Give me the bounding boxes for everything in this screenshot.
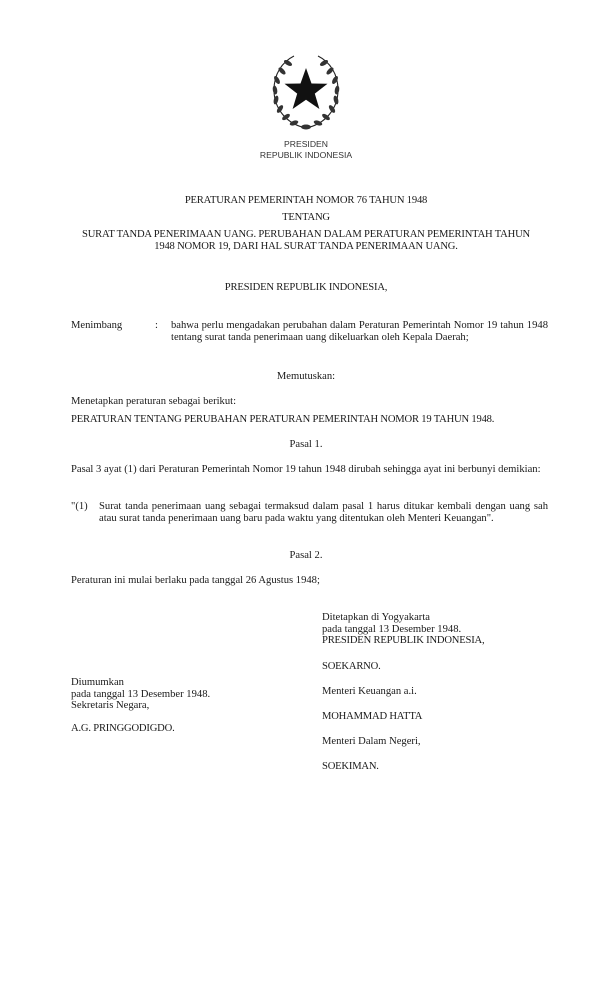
promulgation-block: Diumumkan pada tanggal 13 Desember 1948.…	[71, 677, 210, 712]
enactment-date: pada tanggal 13 Desember 1948.	[322, 624, 484, 636]
article-1-clause-text: Surat tanda penerimaan uang sebagai term…	[99, 501, 548, 524]
article-1-text: Pasal 3 ayat (1) dari Peraturan Pemerint…	[71, 464, 548, 476]
decides-heading: Memutuskan:	[0, 371, 612, 383]
promulgation-label: Diumumkan	[71, 677, 210, 689]
considering-colon: :	[155, 320, 158, 332]
considering-text: bahwa perlu mengadakan perubahan dalam P…	[171, 320, 548, 343]
regulation-subject-line-1: SURAT TANDA PENERIMAAN UANG. PERUBAHAN D…	[0, 229, 612, 241]
minister-interior-title: Menteri Dalam Negeri,	[322, 736, 421, 748]
article-1-clause-number: "(1)	[71, 501, 88, 513]
letterhead-caption-republic: REPUBLIK INDONESIA	[0, 150, 612, 161]
enacting-intro: Menetapkan peraturan sebagai berikut:	[71, 396, 236, 408]
presidential-emblem-icon	[268, 50, 344, 134]
regulation-subject-line-2: 1948 NOMOR 19, DARI HAL SURAT TANDA PENE…	[0, 241, 612, 253]
enactment-block: Ditetapkan di Yogyakarta pada tanggal 13…	[322, 612, 484, 647]
promulgation-signatory: A.G. PRINGGODIGDO.	[71, 723, 175, 735]
minister-interior-name: SOEKIMAN.	[322, 761, 379, 773]
letterhead-caption-president: PRESIDEN	[0, 139, 612, 150]
enactment-signatory: SOEKARNO.	[322, 661, 381, 673]
minister-finance-name: MOHAMMAD HATTA	[322, 711, 422, 723]
article-1-heading: Pasal 1.	[0, 439, 612, 451]
issuer-heading: PRESIDEN REPUBLIK INDONESIA,	[0, 282, 612, 294]
considering-label: Menimbang	[71, 320, 122, 332]
minister-finance-title: Menteri Keuangan a.i.	[322, 686, 417, 698]
article-2-text: Peraturan ini mulai berlaku pada tanggal…	[71, 575, 320, 587]
regulation-title: PERATURAN PEMERINTAH NOMOR 76 TAHUN 1948	[0, 195, 612, 207]
enacting-title: PERATURAN TENTANG PERUBAHAN PERATURAN PE…	[71, 414, 494, 426]
enactment-place: Ditetapkan di Yogyakarta	[322, 612, 484, 624]
enactment-office: PRESIDEN REPUBLIK INDONESIA,	[322, 635, 484, 647]
promulgation-date: pada tanggal 13 Desember 1948.	[71, 689, 210, 701]
article-2-heading: Pasal 2.	[0, 550, 612, 562]
promulgation-office: Sekretaris Negara,	[71, 700, 210, 712]
regulation-about: TENTANG	[0, 212, 612, 224]
